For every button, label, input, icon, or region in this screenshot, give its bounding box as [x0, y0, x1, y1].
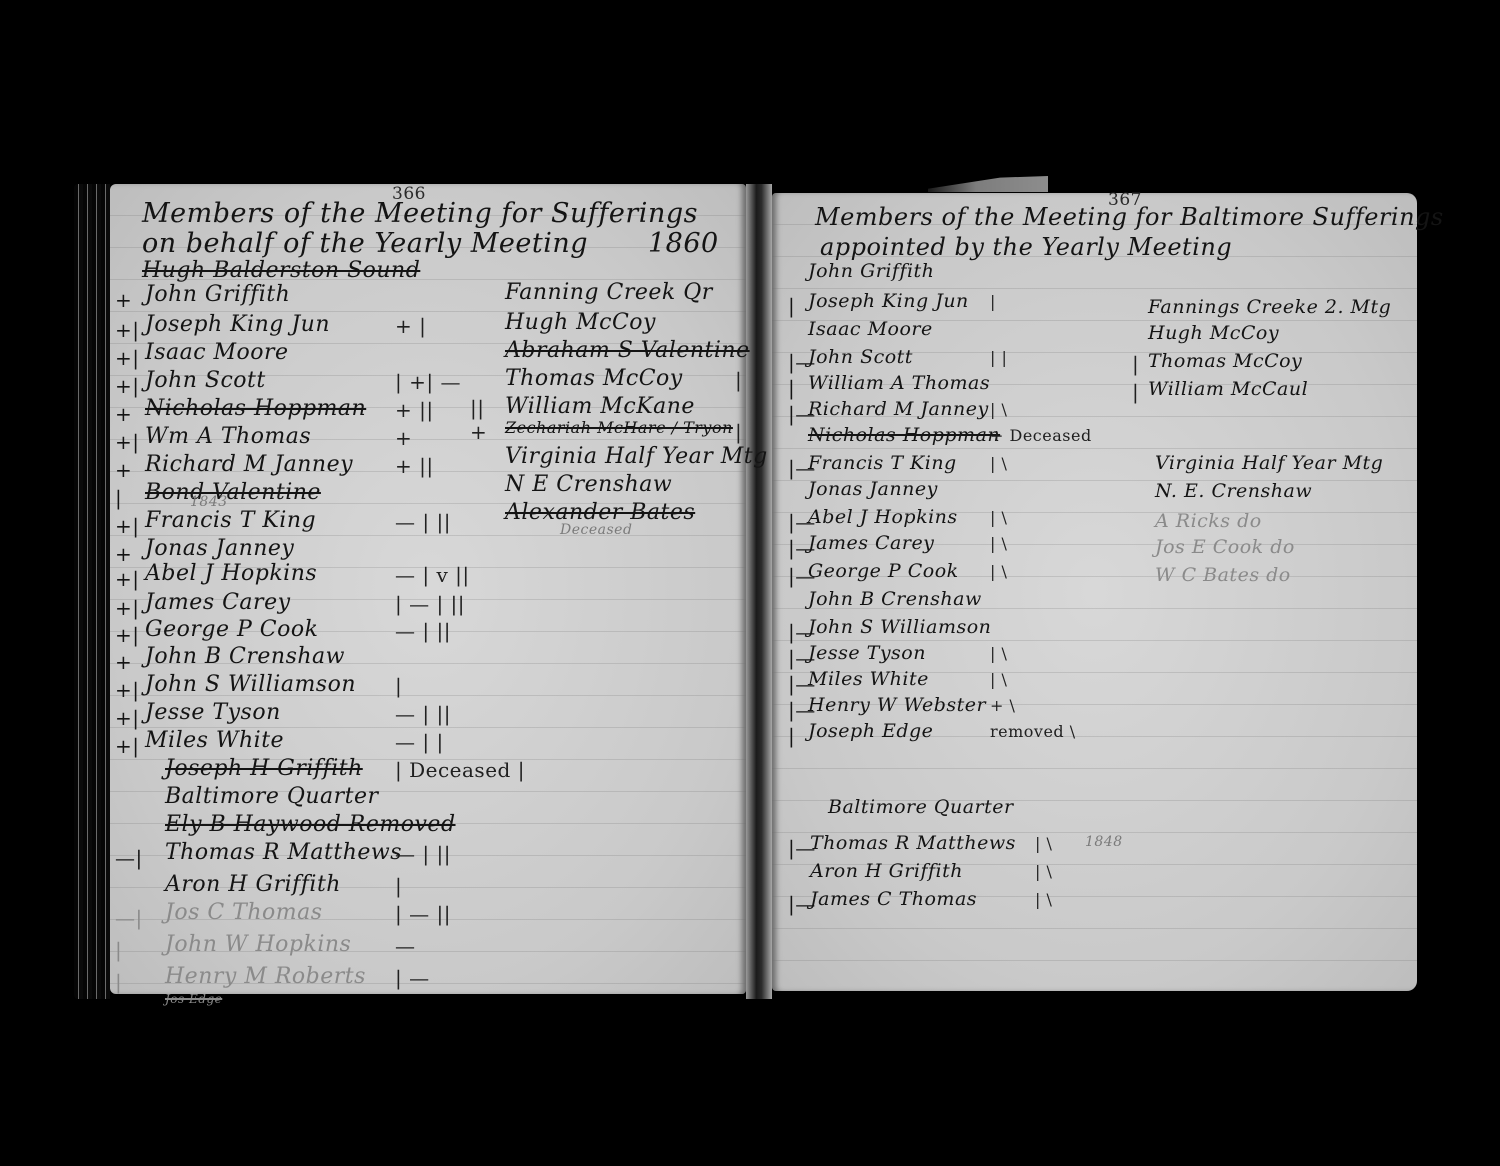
paper-scrap	[928, 176, 1048, 192]
member-name: Jonas Janney	[145, 536, 294, 561]
member-name: George P Cook	[145, 617, 318, 642]
member-name: Aron H Griffith	[810, 860, 963, 882]
attendance-marks: + \	[990, 696, 1015, 715]
member-name: John Scott	[808, 346, 913, 368]
member-name: Isaac Moore	[808, 318, 933, 340]
attendance-marks: |	[735, 368, 742, 392]
left-heading-year: 1860	[648, 228, 719, 259]
book-binding-edge	[74, 184, 110, 999]
member-name: Francis T King	[145, 508, 316, 533]
margin-tally: |	[115, 970, 122, 994]
attendance-marks: |	[395, 874, 402, 898]
member-name: Hugh McCoy	[1148, 322, 1279, 344]
attendance-marks: | \	[990, 534, 1007, 553]
margin-tally: +|	[115, 706, 140, 730]
attendance-marks: | \	[990, 400, 1007, 419]
member-name: Thomas McCoy	[1148, 350, 1302, 372]
attendance-marks: | \	[1035, 834, 1052, 853]
member-name: Abel J Hopkins	[808, 506, 958, 528]
member-name: Jonas Janney	[808, 478, 938, 500]
book-gutter	[746, 184, 772, 999]
margin-tally: +	[115, 458, 132, 482]
member-name: James Carey	[808, 532, 934, 554]
member-name: Isaac Moore	[145, 340, 289, 365]
member-name: James Carey	[145, 590, 291, 615]
attendance-marks: — | ||	[395, 510, 451, 534]
attendance-marks: | \	[1035, 890, 1052, 909]
member-name: N E Crenshaw	[505, 472, 672, 497]
member-name: Joseph H Griffith	[165, 756, 363, 781]
member-name: John B Crenshaw	[145, 644, 345, 669]
attendance-marks: — | |	[395, 730, 444, 754]
attendance-marks: — | v ||	[395, 563, 470, 587]
attendance-marks: +	[395, 426, 412, 450]
margin-tally: —|	[115, 846, 143, 870]
margin-tally: +	[115, 288, 132, 312]
member-name: Henry M Roberts	[165, 964, 366, 989]
member-name: Ely B Haywood Removed	[165, 812, 456, 837]
member-name: W C Bates do	[1155, 564, 1291, 586]
attendance-marks: + Deceased	[990, 426, 1092, 445]
section-heading: Virginia Half Year Mtg	[505, 444, 768, 469]
member-name: Thomas R Matthews	[165, 840, 402, 865]
section-heading: Fanning Creek Qr	[505, 280, 713, 305]
member-name: Francis T King	[808, 452, 957, 474]
member-name: Hugh McCoy	[505, 310, 656, 335]
attendance-marks: + ||	[395, 454, 434, 478]
margin-tally: —|	[115, 906, 143, 930]
member-name: Aron H Griffith	[165, 872, 341, 897]
margin-tally: +|	[115, 623, 140, 647]
margin-tally: +	[115, 542, 132, 566]
margin-tally: |	[115, 938, 122, 962]
member-name: Richard M Janney	[145, 452, 353, 477]
member-name: Jos C Thomas	[165, 900, 323, 925]
attendance-marks: |	[1132, 352, 1139, 376]
member-name: William McKane	[505, 394, 695, 419]
attendance-marks: |	[735, 420, 742, 444]
member-name: N. E. Crenshaw	[1155, 480, 1312, 502]
attendance-marks: | \	[1035, 862, 1052, 881]
attendance-marks: | \	[990, 454, 1007, 473]
right-heading-line1: Members of the Meeting for Baltimore Suf…	[815, 203, 1444, 231]
left-heading-line2: on behalf of the Yearly Meeting	[142, 228, 588, 259]
attendance-marks: | Deceased |	[395, 758, 525, 782]
pencil-note: 1848	[1085, 834, 1123, 850]
attendance-marks: |	[1132, 380, 1139, 404]
margin-tally: +|	[115, 678, 140, 702]
member-name: John S Williamson	[808, 616, 991, 638]
attendance-marks: | +| —	[395, 370, 461, 394]
section-heading: Fannings Creeke 2. Mtg	[1148, 296, 1391, 318]
left-heading-line1: Members of the Meeting for Sufferings	[142, 198, 698, 229]
attendance-marks: +	[470, 420, 487, 444]
attendance-marks: + ||	[395, 398, 434, 422]
pencil-note: Deceased	[560, 522, 632, 538]
member-name: Jesse Tyson	[808, 642, 926, 664]
left-subheading: Hugh Balderston Sound	[142, 258, 420, 283]
member-name: James C Thomas	[810, 888, 977, 910]
attendance-marks: |	[395, 674, 402, 698]
member-name: Abel J Hopkins	[145, 561, 317, 586]
margin-tally: +|	[115, 567, 140, 591]
attendance-marks: | \	[990, 508, 1007, 527]
member-name: William A Thomas	[808, 372, 990, 394]
member-name: Joseph King Jun	[145, 312, 330, 337]
attendance-marks: — | ||	[395, 702, 451, 726]
margin-tally: |	[115, 486, 122, 510]
margin-tally: +|	[115, 318, 140, 342]
member-name: John Griffith	[145, 282, 290, 307]
section-heading: Virginia Half Year Mtg	[1155, 452, 1383, 474]
section-heading: Baltimore Quarter	[828, 796, 1014, 818]
attendance-marks: |	[990, 292, 996, 311]
attendance-marks: removed \	[990, 722, 1076, 741]
attendance-marks: — | ||	[395, 619, 451, 643]
member-name: John B Crenshaw	[808, 588, 982, 610]
member-name: George P Cook	[808, 560, 959, 582]
member-name: Joseph Edge	[808, 720, 933, 742]
margin-tally: |	[788, 294, 795, 318]
attendance-marks: | —	[395, 966, 430, 990]
margin-tally: +|	[115, 346, 140, 370]
member-name: Zechariah McHare / Tryon	[505, 418, 733, 437]
member-name: Thomas R Matthews	[810, 832, 1016, 854]
member-name: John S Williamson	[145, 672, 356, 697]
member-name: John W Hopkins	[165, 932, 351, 957]
attendance-marks: —	[395, 934, 416, 958]
attendance-marks: | |	[990, 348, 1007, 367]
margin-tally: |	[788, 376, 795, 400]
margin-tally: +|	[115, 430, 140, 454]
member-name: Joseph King Jun	[808, 290, 969, 312]
attendance-marks: | \	[990, 670, 1007, 689]
member-name: Jesse Tyson	[145, 700, 281, 725]
attendance-marks: | — | ||	[395, 592, 465, 616]
member-name: Miles White	[808, 668, 929, 690]
attendance-marks: ||	[470, 396, 484, 420]
member-name: Wm A Thomas	[145, 424, 311, 449]
member-name: William McCaul	[1148, 378, 1308, 400]
member-name: Jos Edge	[165, 992, 222, 1006]
member-name: Miles White	[145, 728, 284, 753]
right-heading-line2: appointed by the Yearly Meeting	[820, 233, 1232, 261]
member-name: Abraham S Valentine	[505, 338, 750, 363]
margin-tally: |	[788, 724, 795, 748]
attendance-marks: + |	[395, 314, 426, 338]
attendance-marks: | — ||	[395, 902, 451, 926]
member-name: John Scott	[145, 368, 266, 393]
member-name: Richard M Janney	[808, 398, 989, 420]
margin-tally: +|	[115, 514, 140, 538]
margin-tally: +	[115, 650, 132, 674]
member-name: Nicholas Hoppman	[808, 424, 1000, 446]
member-name: Bond Valentine	[145, 480, 321, 505]
attendance-marks: — | ||	[395, 842, 451, 866]
pencil-note: 1843	[190, 494, 228, 510]
section-heading: Baltimore Quarter	[165, 784, 379, 809]
margin-tally: +|	[115, 374, 140, 398]
member-name: Henry W Webster	[808, 694, 986, 716]
margin-tally: +	[115, 402, 132, 426]
margin-tally: +|	[115, 734, 140, 758]
member-name: Thomas McCoy	[505, 366, 683, 391]
attendance-marks: | \	[990, 644, 1007, 663]
margin-tally: +|	[115, 596, 140, 620]
member-name: John Griffith	[808, 260, 934, 282]
attendance-marks: | \	[990, 562, 1007, 581]
member-name: A Ricks do	[1155, 510, 1262, 532]
member-name: Nicholas Hoppman	[145, 396, 366, 421]
member-name: Jos E Cook do	[1155, 536, 1295, 558]
